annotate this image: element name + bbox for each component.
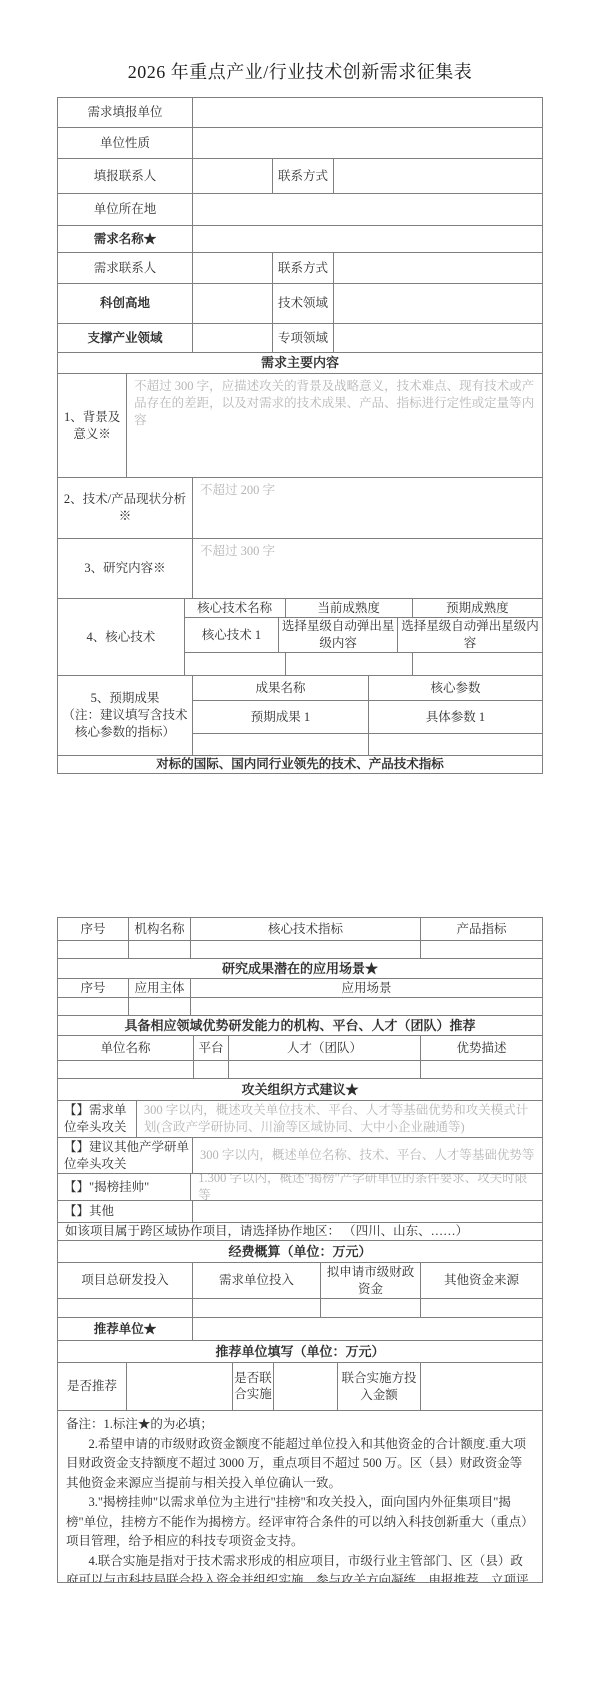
result-name-header: 成果名称 [193,676,369,701]
basic-info-table: 需求填报单位 单位性质 填报联系人 联系方式 单位所在地 需求名称★ 需求联系人… [57,97,543,774]
cross-region-note: 如该项目属于跨区域协作项目，请选择协作地区： （四川、山东、……） [58,1223,543,1241]
advantage-desc-input[interactable] [421,1061,543,1079]
table-row [58,941,543,959]
table-row: 需求填报单位 [58,98,543,128]
current-maturity-input-2[interactable] [286,653,413,676]
seq-input[interactable] [58,941,129,959]
table-row: 科创高地 技术领域 [58,284,543,324]
table-row: 1、背景及意义※ 不超过 300 字，应描述攻关的背景及战略意义，技术难点、现有… [58,374,543,478]
demand-unit-investment-input[interactable] [193,1299,321,1318]
main-content-section-header: 需求主要内容 [58,353,543,374]
platform-input[interactable] [194,1061,229,1079]
joint-investment-input[interactable] [421,1363,543,1411]
remarks-cell: 备注：1.标注★的为必填； 2.希望申请的市级财政资金额度不能超过单位投入和其他… [58,1411,543,1583]
demand-contact-input[interactable] [193,253,273,284]
budget-section-header: 经费概算（单位：万元） [58,1241,543,1263]
joint-investment-label: 联合实施方投入金额 [338,1363,421,1411]
core-tech-group: 4、核心技术 核心技术名称 当前成熟度 预期成熟度 核心技术 1 选择星级自动弹… [58,599,543,676]
table-row: 攻关组织方式建议★ [58,1079,543,1101]
org-name-header: 机构名称 [129,918,191,941]
demand-contact-method-label: 联系方式 [273,253,334,284]
status-analysis-label: 2、技术/产品现状分析※ [58,478,193,539]
expected-maturity-header: 预期成熟度 [413,599,543,618]
demand-name-input[interactable] [193,226,543,253]
core-param-input[interactable]: 具体参数 1 [369,701,543,734]
application-subject-header: 应用主体 [129,979,191,998]
table-row [185,653,543,676]
total-rd-investment-header: 项目总研发投入 [58,1263,193,1299]
unit-nature-input[interactable] [193,128,543,159]
application-scene-section-header: 研究成果潜在的应用场景★ [58,959,543,979]
table-row: 是否推荐 是否联合实施 联合实施方投入金额 [58,1363,543,1411]
benchmark-and-budget-table: 序号 机构名称 核心技术指标 产品指标 研究成果潜在的应用场景★ 序号 应用主体… [57,917,543,1583]
special-field-label: 专项领域 [273,324,334,353]
special-field-input[interactable] [334,324,543,353]
sci-innovation-highland-label: 科创高地 [58,284,193,324]
table-row: 序号 应用主体 应用场景 [58,979,543,998]
result-name-input[interactable]: 预期成果 1 [193,701,369,734]
unit-location-label: 单位所在地 [58,194,193,226]
table-row: 需求名称★ [58,226,543,253]
application-scene-header: 应用场景 [191,979,543,998]
demand-name-label: 需求名称★ [58,226,193,253]
product-index-input[interactable] [421,941,543,959]
page-title: 2026 年重点产业/行业技术创新需求征集表 [0,58,600,84]
table-row [58,998,543,1016]
core-tech-index-header: 核心技术指标 [191,918,421,941]
table-row: 【】其他 [58,1201,543,1223]
unit-name-input[interactable] [58,1061,194,1079]
scene-seq-input[interactable] [58,998,129,1016]
table-row: 需求主要内容 [58,353,543,374]
table-row: 【】建议其他产学研单位牵头攻关 300 字以内，概述单位名称、技术、平台、人才等… [58,1138,543,1174]
sci-innovation-highland-input[interactable] [193,284,273,324]
background-significance-label: 1、背景及意义※ [58,374,127,478]
table-row [58,1299,543,1318]
core-tech-label: 4、核心技术 [58,599,185,676]
benchmark-section-header: 对标的国际、国内同行业领先的技术、产品技术指标 [58,756,543,774]
remark-line-1: 备注：1.标注★的为必填； [66,1415,534,1435]
recommend-section-header: 具备相应领域优势研发能力的机构、平台、人才（团队）推荐 [58,1016,543,1036]
recommender-label: 推荐单位★ [58,1318,193,1341]
whether-recommend-label: 是否推荐 [58,1363,127,1411]
product-index-header: 产品指标 [421,918,543,941]
table-row: 推荐单位填写（单位：万元） [58,1341,543,1363]
other-option-input[interactable] [193,1201,543,1223]
form-document-page: 2026 年重点产业/行业技术创新需求征集表 需求填报单位 单位性质 填报联系人… [0,0,600,1697]
org-name-input[interactable] [129,941,191,959]
table-row: 【】需求单位牵头攻关 300 字以内，概述攻关单位技术、平台、人才等基础优势和攻… [58,1101,543,1138]
table-row: 单位性质 [58,128,543,159]
current-maturity-header: 当前成熟度 [286,599,413,618]
research-content-input[interactable]: 不超过 300 字 [193,539,543,599]
municipal-fund-header: 拟申请市级财政资金 [321,1263,421,1299]
scene-seq-header: 序号 [58,979,129,998]
status-analysis-input[interactable]: 不超过 200 字 [193,478,543,539]
table-row: 3、研究内容※ 不超过 300 字 [58,539,543,599]
other-fund-source-header: 其他资金来源 [421,1263,543,1299]
core-param-header: 核心参数 [369,676,543,701]
talent-team-header: 人才（团队） [229,1036,421,1061]
table-row: 填报联系人 联系方式 [58,159,543,194]
advantage-desc-header: 优势描述 [421,1036,543,1061]
application-subject-input[interactable] [129,998,191,1016]
table-row: 序号 机构名称 核心技术指标 产品指标 [58,918,543,941]
table-row: 对标的国际、国内同行业领先的技术、产品技术指标 [58,756,543,774]
municipal-fund-input[interactable] [321,1299,421,1318]
contact-person-label: 填报联系人 [58,159,193,194]
other-option[interactable]: 【】其他 [58,1201,193,1223]
table-row: 经费概算（单位：万元） [58,1241,543,1263]
table-row: 2、技术/产品现状分析※ 不超过 200 字 [58,478,543,539]
core-tech-name-input[interactable]: 核心技术 1 [185,618,280,653]
table-row: 单位所在地 [58,194,543,226]
table-row: 研究成果潜在的应用场景★ [58,959,543,979]
seq-header: 序号 [58,918,129,941]
recommender-fill-section-header: 推荐单位填写（单位：万元） [58,1341,543,1363]
lead-by-demand-unit-option[interactable]: 【】需求单位牵头攻关 [58,1101,137,1138]
table-row [58,1061,543,1079]
supporting-industry-label: 支撑产业领域 [58,324,193,353]
table-row: 支撑产业领域 专项领域 [58,324,543,353]
table-row: 单位名称 平台 人才（团队） 优势描述 [58,1036,543,1061]
contact-person-input[interactable] [193,159,273,194]
unit-location-input[interactable] [193,194,543,226]
table-row: 核心技术名称 当前成熟度 预期成熟度 [185,599,543,618]
remark-line-4: 4.联合实施是指对于技术需求形成的相应项目，市级行业主管部门、区（县）政府可以与… [66,1552,534,1584]
supporting-industry-input[interactable] [193,324,273,353]
table-row [193,734,543,756]
org-mode-section-header: 攻关组织方式建议★ [58,1079,543,1101]
table-row: 核心技术 1 选择星级自动弹出星级内容 选择星级自动弹出星级内容 [185,618,543,653]
contact-method-input[interactable] [334,159,543,194]
core-tech-index-input[interactable] [191,941,421,959]
joint-implement-label: 是否联合实施 [233,1363,274,1411]
expected-maturity-input-2[interactable] [413,653,543,676]
tech-field-input[interactable] [334,284,543,324]
table-row: 具备相应领域优势研发能力的机构、平台、人才（团队）推荐 [58,1016,543,1036]
current-maturity-input[interactable]: 选择星级自动弹出星级内容 [279,618,398,653]
unit-nature-label: 单位性质 [58,128,193,159]
talent-team-input[interactable] [229,1061,421,1079]
expected-maturity-input[interactable]: 选择星级自动弹出星级内容 [398,618,543,653]
total-rd-investment-input[interactable] [58,1299,193,1318]
remark-line-3: 3."揭榜挂帅"以需求单位为主进行"挂榜"和攻关投入，面向国内外征集项目"揭榜"… [66,1493,534,1552]
table-row: 备注：1.标注★的为必填； 2.希望申请的市级财政资金额度不能超过单位投入和其他… [58,1411,543,1583]
open-competition-option[interactable]: 【】"揭榜挂帅" [58,1174,191,1201]
core-param-input-2[interactable] [369,734,543,756]
platform-header: 平台 [194,1036,229,1061]
other-fund-source-input[interactable] [421,1299,543,1318]
lead-by-other-unit-option[interactable]: 【】建议其他产学研单位牵头攻关 [58,1138,193,1174]
whether-recommend-input[interactable] [127,1363,233,1411]
table-row: 【】"揭榜挂帅" 1.300 字以内，概述"揭榜"产学研单位的条件要求、攻关时限… [58,1174,543,1201]
expected-results-label: 5、预期成果 （注：建议填写含技术核心参数的指标） [58,676,193,756]
result-name-input-2[interactable] [193,734,369,756]
background-significance-input[interactable]: 不超过 300 字，应描述攻关的背景及战略意义，技术难点、现有技术或产品存在的差… [127,374,543,478]
lead-by-other-unit-input[interactable]: 300 字以内，概述单位名称、技术、平台、人才等基础优势等 [193,1138,543,1174]
core-tech-name-header: 核心技术名称 [185,599,286,618]
table-row: 需求联系人 联系方式 [58,253,543,284]
reporting-unit-input[interactable] [193,98,543,128]
unit-name-header: 单位名称 [58,1036,194,1061]
demand-contact-label: 需求联系人 [58,253,193,284]
demand-contact-method-input[interactable] [334,253,543,284]
table-row: 如该项目属于跨区域协作项目，请选择协作地区： （四川、山东、……） [58,1223,543,1241]
table-row: 推荐单位★ [58,1318,543,1341]
expected-results-group: 5、预期成果 （注：建议填写含技术核心参数的指标） 成果名称 核心参数 预期成果… [58,676,543,756]
research-content-label: 3、研究内容※ [58,539,193,599]
contact-method-label: 联系方式 [273,159,334,194]
table-row: 成果名称 核心参数 [193,676,543,701]
tech-field-label: 技术领域 [273,284,334,324]
joint-implement-input[interactable] [274,1363,338,1411]
remark-line-2: 2.希望申请的市级财政资金额度不能超过单位投入和其他资金的合计额度.重大项目财政… [66,1435,534,1494]
open-competition-input[interactable]: 1.300 字以内，概述"揭榜"产学研单位的条件要求、攻关时限等 [191,1174,543,1201]
recommender-input[interactable] [193,1318,543,1341]
application-scene-input[interactable] [191,998,543,1016]
table-row: 项目总研发投入 需求单位投入 拟申请市级财政资金 其他资金来源 [58,1263,543,1299]
demand-unit-investment-header: 需求单位投入 [193,1263,321,1299]
table-row: 预期成果 1 具体参数 1 [193,701,543,734]
core-tech-name-input-2[interactable] [185,653,286,676]
lead-by-demand-unit-input[interactable]: 300 字以内，概述攻关单位技术、平台、人才等基础优势和攻关模式计划(含政产学研… [137,1101,543,1138]
reporting-unit-label: 需求填报单位 [58,98,193,128]
